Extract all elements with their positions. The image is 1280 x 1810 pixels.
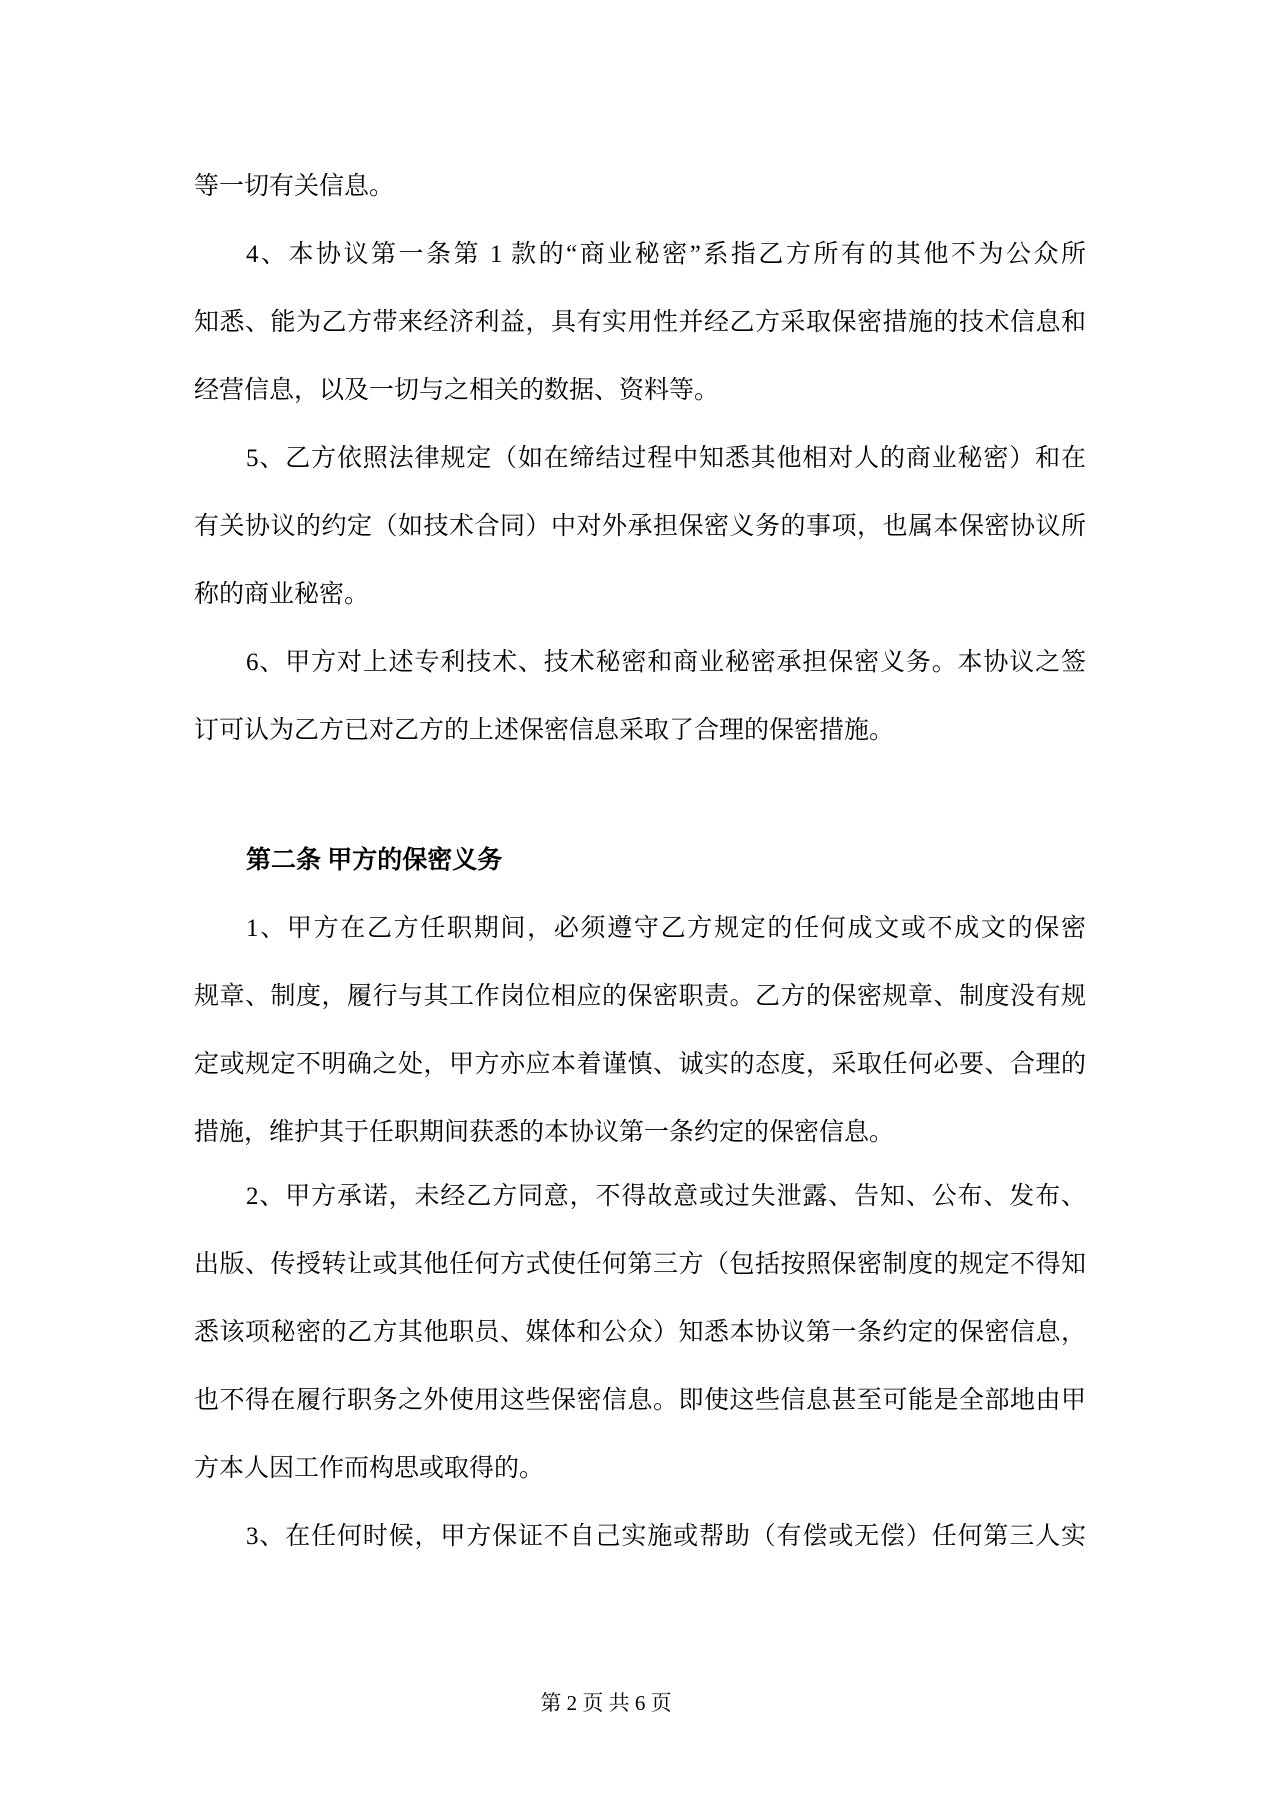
- body-line: 方本人因工作而构思或取得的。: [194, 1454, 1086, 1484]
- body-line: 也不得在履行职务之外使用这些保密信息。即使这些信息甚至可能是全部地由甲: [194, 1386, 1086, 1416]
- body-line: 经营信息，以及一切与之相关的数据、资料等。: [194, 376, 1086, 406]
- section-heading: 第二条 甲方的保密义务: [194, 846, 1086, 876]
- body-line: 悉该项秘密的乙方其他职员、媒体和公众）知悉本协议第一条约定的保密信息，: [194, 1318, 1086, 1348]
- body-line: 等一切有关信息。: [194, 172, 1086, 202]
- page-number: 第 2 页 共 6 页: [0, 1690, 1212, 1716]
- body-line: 规章、制度，履行与其工作岗位相应的保密职责。乙方的保密规章、制度没有规: [194, 982, 1086, 1012]
- body-line: 定或规定不明确之处，甲方亦应本着谨慎、诚实的态度，采取任何必要、合理的: [194, 1050, 1086, 1080]
- body-line: 3、在任何时候，甲方保证不自己实施或帮助（有偿或无偿）任何第三人实: [194, 1522, 1086, 1552]
- body-line: 4、本协议第一条第 1 款的“商业秘密”系指乙方所有的其他不为公众所: [194, 240, 1086, 270]
- body-line: 知悉、能为乙方带来经济利益，具有实用性并经乙方采取保密措施的技术信息和: [194, 308, 1086, 338]
- body-line: 6、甲方对上述专利技术、技术秘密和商业秘密承担保密义务。本协议之签: [194, 648, 1086, 678]
- document-page: 等一切有关信息。 4、本协议第一条第 1 款的“商业秘密”系指乙方所有的其他不为…: [0, 0, 1280, 1810]
- body-line: 称的商业秘密。: [194, 580, 1086, 610]
- body-line: 出版、传授转让或其他任何方式使任何第三方（包括按照保密制度的规定不得知: [194, 1250, 1086, 1280]
- body-line: 2、甲方承诺，未经乙方同意，不得故意或过失泄露、告知、公布、发布、: [194, 1182, 1086, 1212]
- body-line: 措施，维护其于任职期间获悉的本协议第一条约定的保密信息。: [194, 1118, 1086, 1148]
- body-line: 有关协议的约定（如技术合同）中对外承担保密义务的事项，也属本保密协议所: [194, 512, 1086, 542]
- body-line: 1、甲方在乙方任职期间，必须遵守乙方规定的任何成文或不成文的保密: [194, 914, 1086, 944]
- body-line: 订可认为乙方已对乙方的上述保密信息采取了合理的保密措施。: [194, 716, 1086, 746]
- body-line: 5、乙方依照法律规定（如在缔结过程中知悉其他相对人的商业秘密）和在: [194, 444, 1086, 474]
